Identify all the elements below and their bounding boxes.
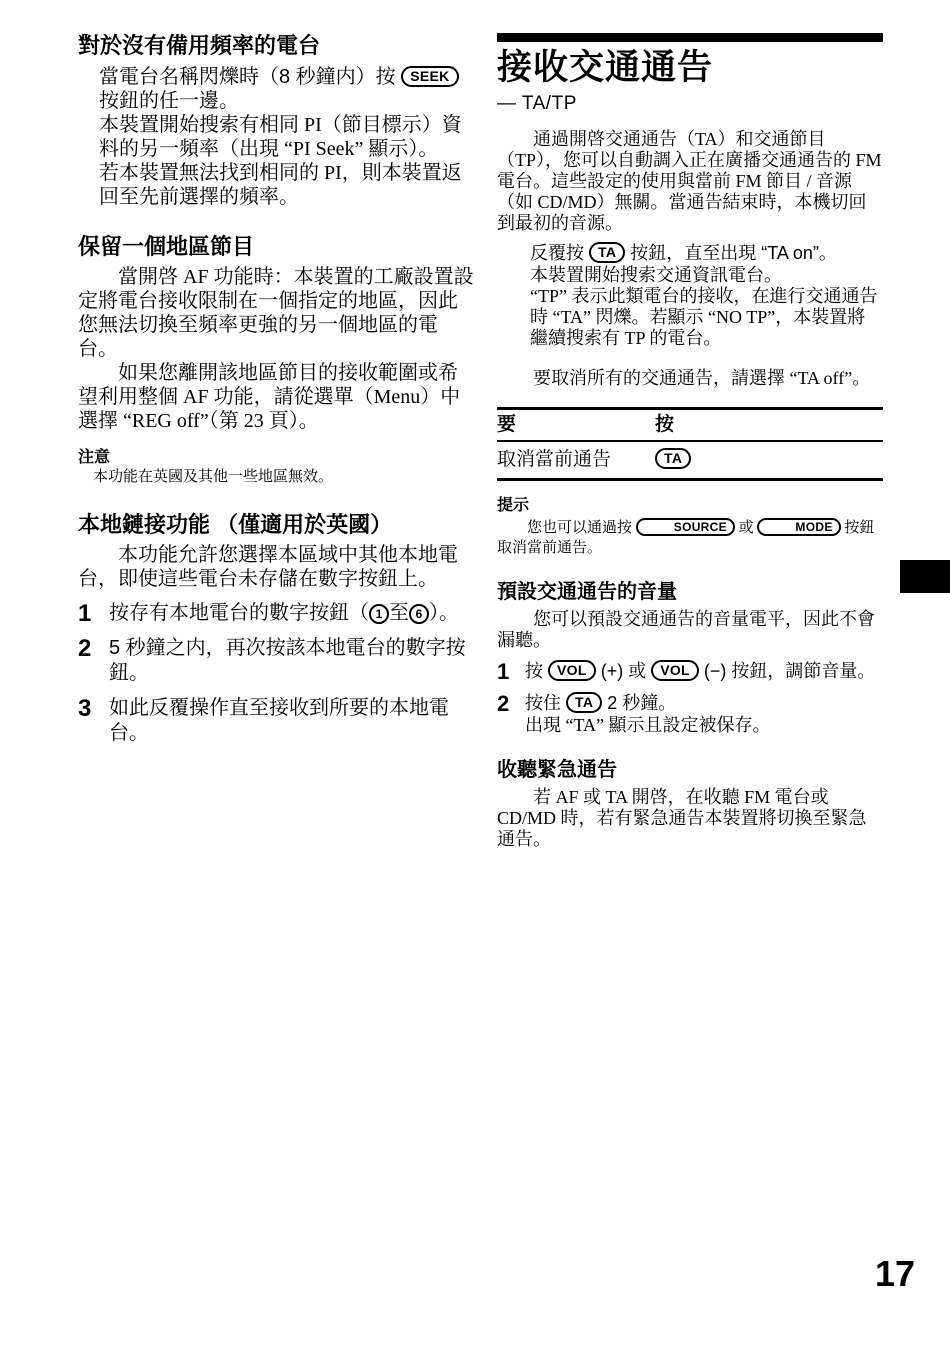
step2-line-2: 出現 “TA” 顯示且設定被保存。 — [525, 714, 771, 736]
action-table: 要 按 取消當前通告 TA — [497, 407, 883, 481]
tip-text-mid: 或 — [735, 520, 758, 536]
no-alternative-explanation-1: 本裝置開始搜索有相同 PI（節目標示）資料的另一頻率（出現 “PI Seek” … — [99, 113, 474, 161]
ta-instruction-post: 按鈕，直至出現 “TA on”。 — [625, 243, 837, 263]
step-text: 按住 TA 2 秒鐘。 出現 “TA” 顯示且設定被保存。 — [525, 692, 771, 736]
step1-text-post: ）。 — [429, 602, 459, 624]
vol-step-post: (−) 按鈕，調節音量。 — [699, 661, 876, 681]
tip-text-pre: 您也可以通過按 — [527, 520, 636, 536]
vol-button-pill: VOL — [651, 660, 699, 681]
table-cell-button: TA — [655, 448, 691, 471]
step-text: 按 VOL (+) 或 VOL (−) 按鈕，調節音量。 — [525, 660, 875, 682]
section-index-tab — [900, 560, 950, 593]
action-table-header: 要 按 — [497, 410, 883, 442]
step-number: 3 — [78, 696, 109, 721]
local-link-step-2: 2 5 秒鐘之内，再次按該本地電台的數字按鈕。 — [78, 636, 474, 686]
preset-volume-para: 您可以預設交通通告的音量電平，因此不會漏聽。 — [497, 609, 883, 651]
preset-volume-step-2: 2 按住 TA 2 秒鐘。 出現 “TA” 顯示且設定被保存。 — [497, 692, 883, 736]
preset-volume-step-1: 1 按 VOL (+) 或 VOL (−) 按鈕，調節音量。 — [497, 660, 883, 683]
mode-button-pill: MODE — [757, 518, 840, 536]
instruction-text-pre: 當電台名稱閃爍時（8 秒鐘内）按 — [99, 66, 401, 88]
tip-label: 提示 — [497, 496, 883, 516]
local-link-step-1: 1 按存有本地電台的數字按鈕（1至6）。 — [78, 601, 474, 626]
step2-pre: 按住 — [525, 693, 566, 713]
chapter-title: 接收交通通告 — [497, 47, 883, 89]
ta-instruction-block: 反覆按 TA 按鈕，直至出現 “TA on”。 本裝置開始搜索交通資訊電台。 “… — [530, 242, 883, 349]
ta-button-pill: TA — [589, 242, 625, 263]
manual-page: 對於沒有備用頻率的電台 當電台名稱閃爍時（8 秒鐘内）按 SEEK 按鈕的任一邊… — [0, 0, 950, 1347]
page-number: 17 — [835, 1255, 915, 1293]
ta-button-pill: TA — [655, 448, 691, 469]
vol-step-mid: (+) 或 — [596, 661, 652, 681]
step2-post: 2 秒鐘。 — [602, 693, 676, 713]
section-heading-local-link: 本地鏈接功能 （僅適用於英國） — [78, 512, 474, 538]
vol-step-pre: 按 — [525, 661, 548, 681]
note-label: 注意 — [78, 448, 474, 468]
step-number: 1 — [78, 601, 109, 626]
no-alternative-body: 當電台名稱閃爍時（8 秒鐘内）按 SEEK 按鈕的任一邊。 本裝置開始搜索有相同… — [99, 65, 474, 209]
no-alternative-instruction: 當電台名稱閃爍時（8 秒鐘内）按 SEEK 按鈕的任一邊。 — [99, 65, 474, 113]
step1-text-pre: 按存有本地電台的數字按鈕（ — [109, 602, 369, 624]
no-alternative-explanation-2: 若本裝置無法找到相同的 PI，則本裝置返回至先前選擇的頻率。 — [99, 161, 474, 209]
right-column: 接收交通通告 — TA/TP 通過開啓交通通告（TA）和交通節目（TP），您可以… — [497, 33, 883, 850]
seek-button-pill: SEEK — [401, 66, 458, 87]
table-header-to: 要 — [497, 413, 655, 436]
step-number: 1 — [497, 660, 525, 683]
step1-text-mid: 至 — [389, 602, 409, 624]
section-heading-preset-volume: 預設交通通告的音量 — [497, 580, 883, 604]
regional-para-2: 如果您離開該地區節目的接收範圍或希望利用整個 AF 功能，請從選單（Menu）中… — [78, 361, 474, 433]
emergency-para: 若 AF 或 TA 開啓，在收聽 FM 電台或 CD/MD 時，若有緊急通告本裝… — [497, 787, 883, 850]
source-button-pill: SOURCE — [636, 518, 735, 536]
local-link-para: 本功能允許您選擇本區域中其他本地電台，即使這些電台未存儲在數字按鈕上。 — [78, 543, 474, 591]
note-body: 本功能在英國及其他一些地區無效。 — [78, 468, 474, 487]
step-text: 5 秒鐘之内，再次按該本地電台的數字按鈕。 — [109, 636, 474, 686]
left-column: 對於沒有備用頻率的電台 當電台名稱閃爍時（8 秒鐘内）按 SEEK 按鈕的任一邊… — [78, 33, 474, 746]
ta-intro-para: 通過開啓交通通告（TA）和交通節目（TP），您可以自動調入正在廣播交通通告的 F… — [497, 129, 883, 234]
section-heading-regional: 保留一個地區節目 — [78, 234, 474, 260]
vol-button-pill: VOL — [548, 660, 596, 681]
local-link-step-3: 3 如此反覆操作直至接收到所要的本地電台。 — [78, 696, 474, 746]
cancel-all-para: 要取消所有的交通通告，請選擇 “TA off”。 — [497, 367, 883, 390]
number-button-1-icon: 1 — [369, 604, 389, 624]
step-number: 2 — [497, 692, 525, 715]
step-text: 如此反覆操作直至接收到所要的本地電台。 — [109, 696, 474, 746]
table-row: 取消當前通告 TA — [497, 442, 883, 478]
step-text: 按存有本地電台的數字按鈕（1至6）。 — [109, 601, 459, 626]
table-header-press: 按 — [655, 413, 674, 436]
ta-instruction-line: 反覆按 TA 按鈕，直至出現 “TA on”。 — [530, 242, 883, 264]
instruction-text-post: 按鈕的任一邊。 — [99, 90, 239, 112]
ta-instruction-pre: 反覆按 — [530, 243, 589, 263]
chapter-rule-bar — [497, 33, 883, 42]
regional-para-1: 當開啓 AF 功能時：本裝置的工廠設置設定將電台接收限制在一個指定的地區，因此您… — [78, 265, 474, 361]
ta-button-pill: TA — [566, 692, 602, 713]
chapter-subtitle: — TA/TP — [497, 92, 883, 115]
number-button-6-icon: 6 — [409, 604, 429, 624]
section-heading-no-alternative: 對於沒有備用頻率的電台 — [78, 33, 474, 59]
tp-explanation: “TP” 表示此類電台的接收，在進行交通通告時 “TA” 閃爍。若顯示 “NO … — [530, 286, 883, 349]
step2-line-1: 按住 TA 2 秒鐘。 — [525, 692, 771, 714]
ta-instruction-line-2: 本裝置開始搜索交通資訊電台。 — [530, 264, 883, 286]
step-number: 2 — [78, 636, 109, 661]
table-cell-action: 取消當前通告 — [497, 448, 655, 471]
section-heading-emergency: 收聽緊急通告 — [497, 758, 883, 782]
tip-body: 您也可以通過按 SOURCE 或 MODE 按鈕取消當前通告。 — [497, 518, 883, 558]
